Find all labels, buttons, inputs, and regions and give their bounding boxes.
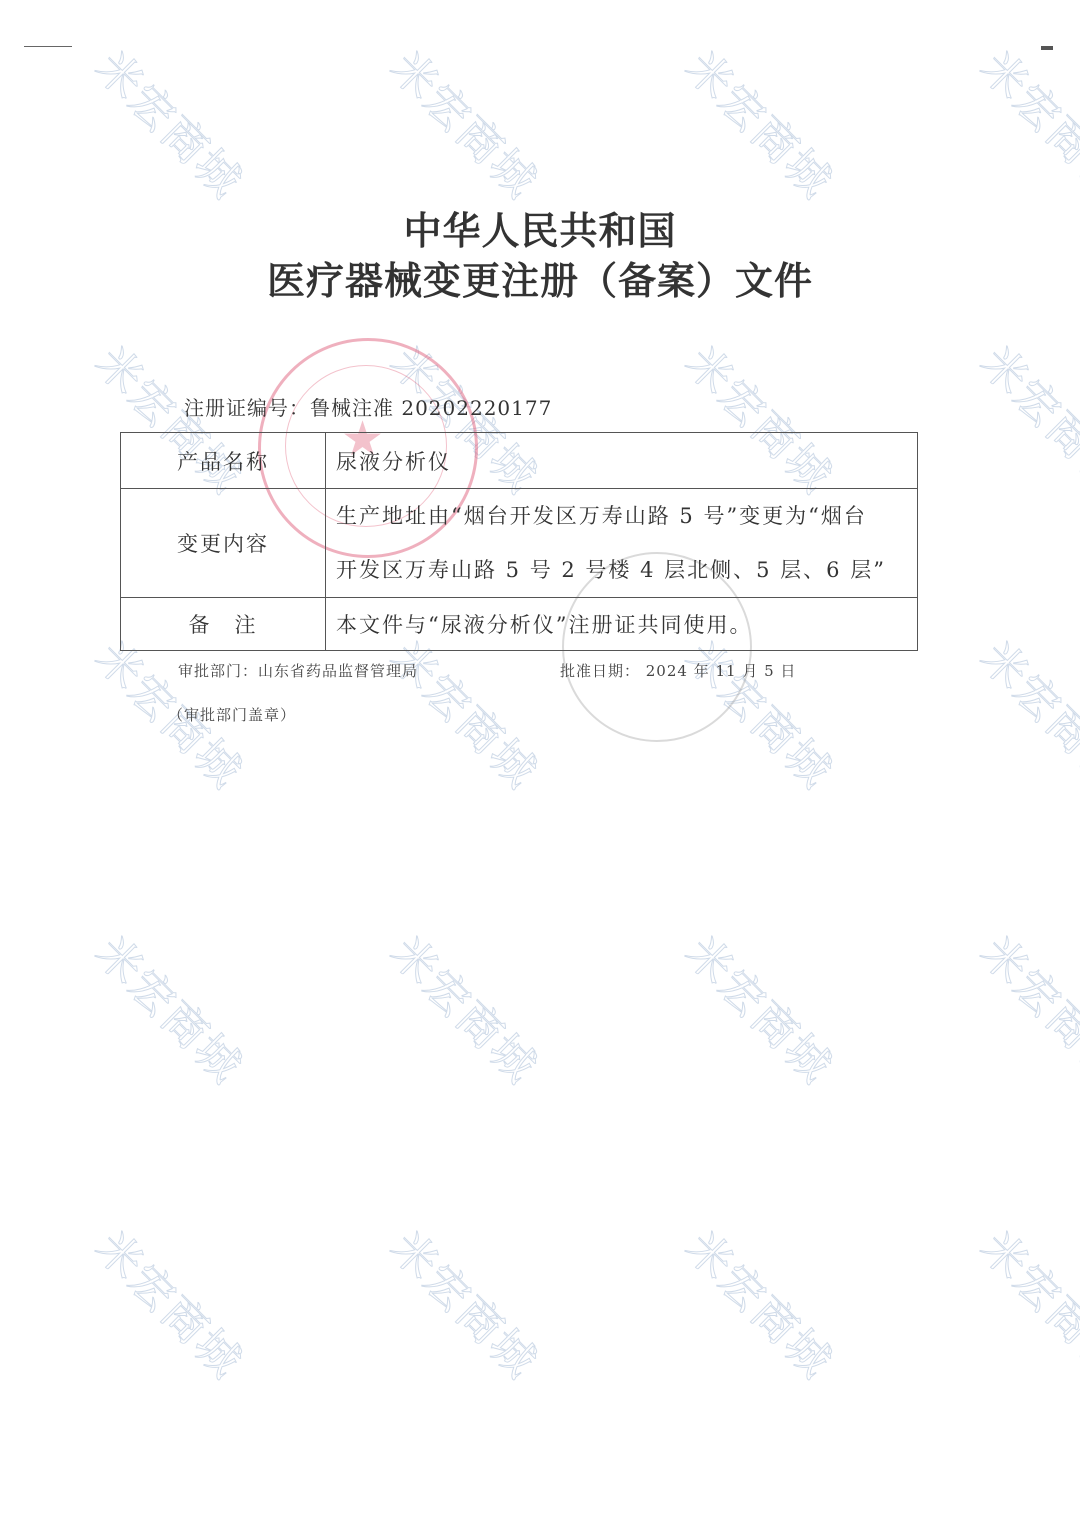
watermark: 米宏商城: [674, 34, 849, 209]
change-content-line: 开发区万寿山路 5 号 2 号楼 4 层北侧、5 层、6 层”: [336, 543, 917, 597]
row-label-remarks: 备 注: [121, 598, 326, 651]
scan-edge-mark: [24, 46, 72, 47]
approval-department: 审批部门：山东省药品监督管理局: [178, 660, 418, 681]
watermark: 米宏商城: [379, 34, 554, 209]
watermark: 米宏商城: [969, 919, 1080, 1094]
row-label-change-content: 变更内容: [121, 489, 326, 598]
document-subtitle: 医疗器械变更注册（备案）文件: [0, 250, 1080, 305]
watermark: 米宏商城: [674, 919, 849, 1094]
registration-label: 注册证编号：: [184, 396, 310, 420]
change-content-line: 生产地址由“烟台开发区万寿山路 5 号”变更为“烟台: [336, 489, 917, 543]
registration-number: 鲁械注准 20202220177: [310, 396, 552, 420]
watermark: 米宏商城: [379, 1214, 554, 1389]
document-title: 中华人民共和国: [0, 200, 1080, 255]
watermark: 米宏商城: [969, 624, 1080, 799]
watermark: 米宏商城: [969, 34, 1080, 209]
watermark: 米宏商城: [84, 1214, 259, 1389]
watermark: 米宏商城: [84, 919, 259, 1094]
row-value-remarks: 本文件与“尿液分析仪”注册证共同使用。: [326, 598, 918, 651]
watermark: 米宏商城: [379, 919, 554, 1094]
row-label-product-name: 产品名称: [121, 433, 326, 489]
watermark: 米宏商城: [969, 329, 1080, 504]
table-row: 产品名称 尿液分析仪: [121, 433, 918, 489]
table-row: 备 注 本文件与“尿液分析仪”注册证共同使用。: [121, 598, 918, 651]
watermark: 米宏商城: [84, 34, 259, 209]
table-row: 变更内容 生产地址由“烟台开发区万寿山路 5 号”变更为“烟台 开发区万寿山路 …: [121, 489, 918, 598]
scan-edge-mark: [1041, 46, 1053, 50]
change-registration-table: 产品名称 尿液分析仪 变更内容 生产地址由“烟台开发区万寿山路 5 号”变更为“…: [120, 432, 918, 651]
approval-date: 批准日期： 2024 年 11 月 5 日: [560, 660, 796, 681]
row-value-change-content: 生产地址由“烟台开发区万寿山路 5 号”变更为“烟台 开发区万寿山路 5 号 2…: [326, 489, 918, 598]
watermark: 米宏商城: [969, 1214, 1080, 1389]
registration-number-line: 注册证编号：鲁械注准 20202220177: [184, 392, 552, 421]
watermark: 米宏商城: [674, 1214, 849, 1389]
seal-note: （审批部门盖章）: [168, 704, 296, 725]
row-value-product-name: 尿液分析仪: [326, 433, 918, 489]
